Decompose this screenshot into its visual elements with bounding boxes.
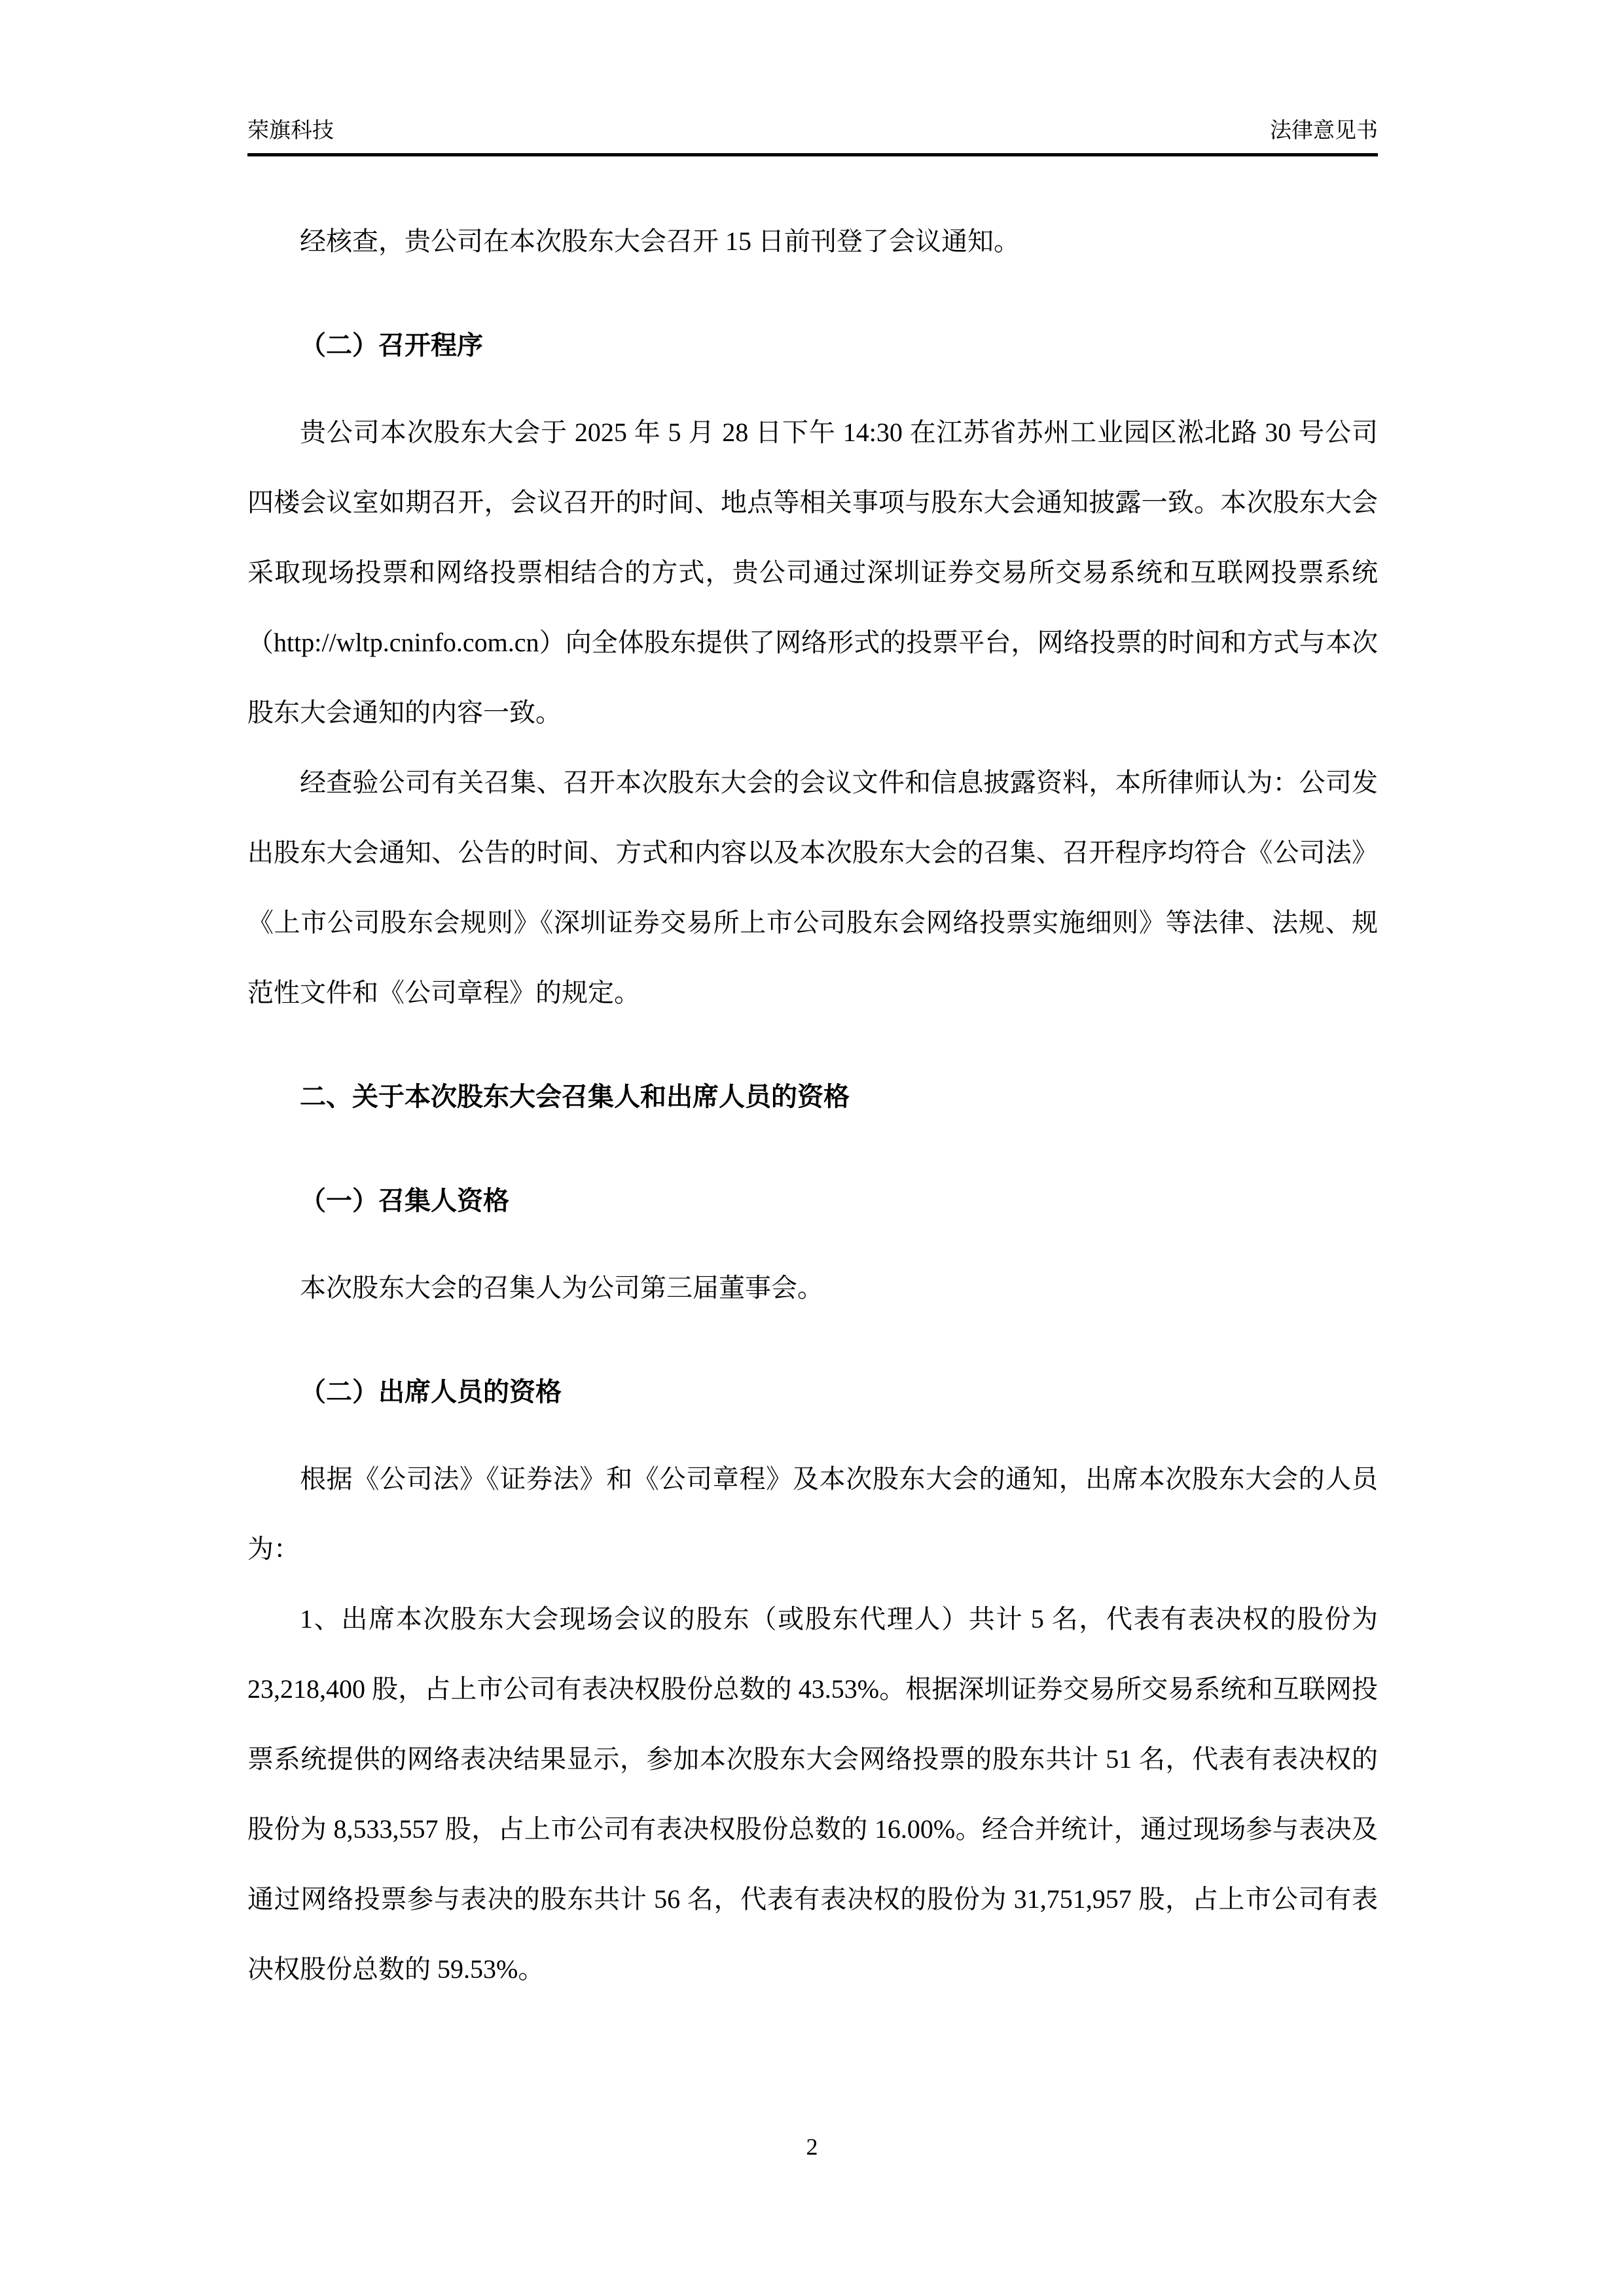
paragraph: 贵公司本次股东大会于 2025 年 5 月 28 日下午 14:30 在江苏省苏… (247, 397, 1378, 747)
header-document-type: 法律意见书 (1270, 118, 1378, 144)
paragraph: 1、出席本次股东大会现场会议的股东（或股东代理人）共计 5 名，代表有表决权的股… (247, 1584, 1378, 2004)
document-body: 经核查，贵公司在本次股东大会召开 15 日前刊登了会议通知。（二）召开程序贵公司… (247, 206, 1378, 2004)
page-footer: 2 (0, 2132, 1624, 2161)
header-rule (247, 153, 1378, 156)
section-heading: （二）出席人员的资格 (247, 1357, 1378, 1427)
paragraph: 经核查，贵公司在本次股东大会召开 15 日前刊登了会议通知。 (247, 206, 1378, 276)
section-heading: （一）召集人资格 (247, 1166, 1378, 1236)
paragraph: 经查验公司有关召集、召开本次股东大会的会议文件和信息披露资料，本所律师认为：公司… (247, 747, 1378, 1028)
header-company-short-name: 荣旗科技 (247, 118, 334, 144)
page-header: 荣旗科技 法律意见书 (247, 118, 1378, 144)
paragraph: 根据《公司法》《证券法》和《公司章程》及本次股东大会的通知，出席本次股东大会的人… (247, 1444, 1378, 1584)
section-heading: （二）召开程序 (247, 310, 1378, 380)
document-page: 荣旗科技 法律意见书 经核查，贵公司在本次股东大会召开 15 日前刊登了会议通知… (0, 0, 1624, 2296)
page-number: 2 (806, 2134, 818, 2160)
section-heading: 二、关于本次股东大会召集人和出席人员的资格 (247, 1062, 1378, 1132)
paragraph: 本次股东大会的召集人为公司第三届董事会。 (247, 1253, 1378, 1323)
